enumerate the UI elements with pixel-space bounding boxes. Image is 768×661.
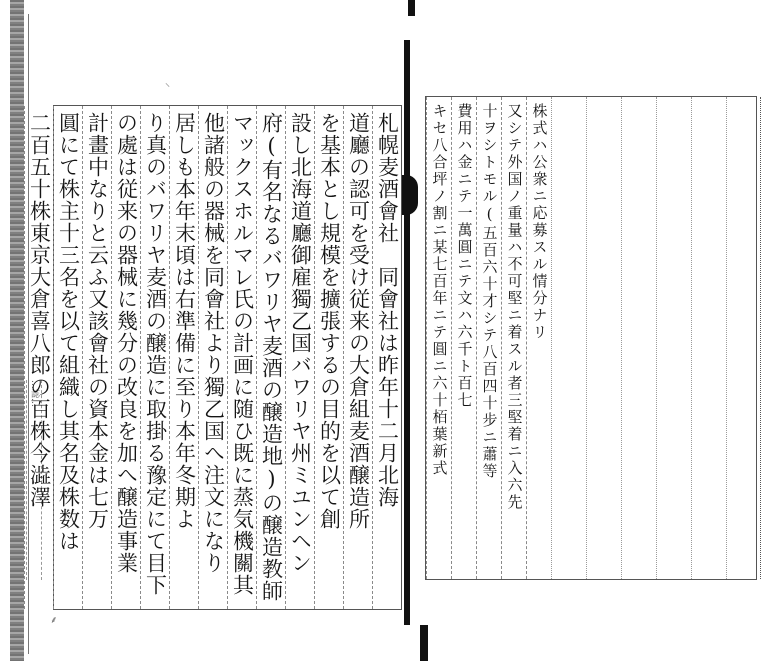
blank-ruled-column — [551, 97, 586, 579]
left-page-columns: 札幌麦酒會社 同會社は昨年十二月北海 道廳の認可を受け従来の大倉組麦酒醸造所 を… — [54, 106, 401, 609]
paper-speck: ⸙ — [50, 612, 58, 626]
center-gutter — [404, 40, 410, 625]
text-column: の處は従来の器械に幾分の改良を加へ醸造事業 — [111, 106, 140, 609]
text-column: キセ八合坪ノ割ニ某七百年ニテ圓ニ六十栢葉新式 — [426, 97, 451, 579]
paper-speck: ⸜ — [165, 75, 170, 89]
text-column: 札幌麦酒會社 同會社は昨年十二月北海 — [372, 106, 401, 609]
text-column: 計畫中なりと云ふ又該會社の資本金は七万 — [82, 106, 111, 609]
text-column: 府(有名なるバワリヤ麦酒の醸造地)の醸造教師 — [256, 106, 285, 609]
right-page-columns: キセ八合坪ノ割ニ某七百年ニテ圓ニ六十栢葉新式 費用ハ金ニテ一萬圓ニテ文ハ六千ト百… — [426, 97, 756, 579]
text-column: 道廳の認可を受け従来の大倉組麦酒醸造所 — [343, 106, 372, 609]
blank-ruled-column — [726, 97, 761, 579]
text-column: マックスホルマレ氏の計画に随ひ既に蒸気機關其 — [227, 106, 256, 609]
text-column: 居しも本年末頃は右準備に至り本年冬期よ — [169, 106, 198, 609]
text-column: 二百五十株東京大倉喜八郎の百株今澁澤 — [24, 106, 53, 609]
blank-ruled-column — [656, 97, 691, 579]
left-page-frame: 札幌麦酒會社 同會社は昨年十二月北海 道廳の認可を受け従来の大倉組麦酒醸造所 を… — [53, 105, 402, 610]
text-column: 株式ハ公衆ニ応募スル情分ナリ — [526, 97, 551, 579]
text-column: 他諸般の器械を同會社より獨乙国へ注文になり — [198, 106, 227, 609]
blank-ruled-column — [621, 97, 656, 579]
text-column: 圓にて株主十三名を以て組織し其名及株数は — [53, 106, 82, 609]
right-page-frame: キセ八合坪ノ割ニ某七百年ニテ圓ニ六十栢葉新式 費用ハ金ニテ一萬圓ニテ文ハ六千ト百… — [425, 96, 757, 580]
blank-ruled-column — [586, 97, 621, 579]
gutter-shadow-bottom — [420, 625, 428, 661]
text-column: を基本とし規模を擴張するの目的を以て創 — [314, 106, 343, 609]
blank-ruled-column — [691, 97, 726, 579]
text-column: 費用ハ金ニテ一萬圓ニテ文ハ六千ト百七 — [451, 97, 476, 579]
gutter-fold — [402, 175, 418, 215]
text-column: 十ヲシトモル(五百六十才シテ八百四十步ニ蕭等 — [476, 97, 501, 579]
gutter-shadow-top — [408, 0, 415, 16]
text-column: り真のバワリヤ麦酒の醸造に取掛る豫定にて目下 — [140, 106, 169, 609]
book-binding-edge — [10, 0, 24, 661]
text-column: 設し北海道廳御雇獨乙国バワリヤ州ミユンヘン — [285, 106, 314, 609]
text-column: 又シテ外国ノ重量ハ不可堅ニ着スル者三堅着ニ入六先 — [501, 97, 526, 579]
